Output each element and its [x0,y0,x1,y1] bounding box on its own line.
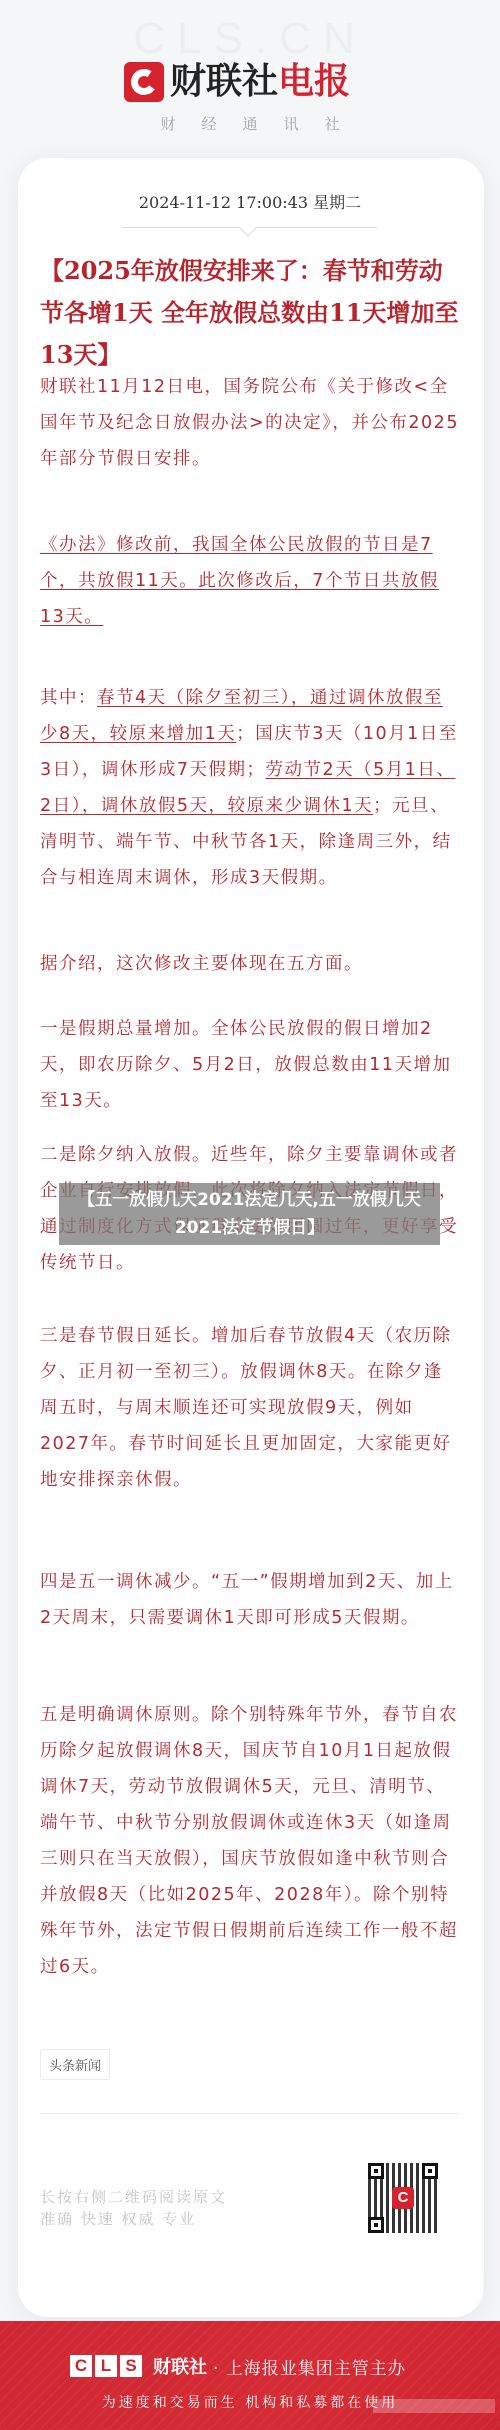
article-datetime: 2024-11-12 17:00:43 星期二 [0,190,500,213]
article-headline: 【2025年放假安排来了：春节和劳动节各增1天 全年放假总数由11天增加至13天… [40,250,460,376]
footer-owner: · 上海报业集团主管主办 [213,2354,406,2379]
paragraph-before-after: 《办法》修改前，我国全体公民放假的节日是7个，共放假11天。此次修改后，7个节日… [40,527,460,635]
paragraph-point-three: 三是春节假日延长。增加后春节放假4天（农历除夕、正月初一至初三）。放假调休8天。… [40,1318,460,1498]
card-divider [40,2113,460,2114]
image-caption-overlay: 【五一放假几天2021法定几天,五一放假几天2021法定节假日】 [59,1183,440,1245]
paragraph-point-five: 五是明确调休原则。除个别特殊年节外，春节自农历除夕起放假调休8天，国庆节自10月… [40,1697,460,1985]
footer-brand-row: C L S 财联社 · 上海报业集团主管主办 [70,2353,406,2379]
qr-cls-logo-icon: C [392,2187,414,2209]
cls-letter-l: L [95,2355,117,2377]
details-prefix: 其中： [40,688,97,708]
footer-brand: 财联社 [153,2353,207,2379]
cls-letter-s: S [120,2355,142,2377]
cls-c-logo-icon [124,62,164,102]
qr-finder-icon [422,2163,438,2179]
cls-letter-c: C [70,2355,92,2377]
paragraph-point-one: 一是假期总量增加。全体公民放假的假日增加2天，即农历除夕、5月2日，放假总数由1… [40,1011,460,1119]
qr-instruction: 长按右侧二维码阅读原文 [40,2186,227,2207]
paragraph-details: 其中：春节4天（除夕至初三），通过调休放假至少8天，较原来增加1天；国庆节3天（… [40,680,460,896]
news-tag[interactable]: 头条新闻 [40,2049,110,2080]
paragraph-five-aspects: 据介绍，这次修改主要体现在五方面。 [40,946,460,982]
qr-tagline: 准确 快速 权威 专业 [40,2208,196,2229]
logo-subtitle: 财经通讯社 [0,113,500,134]
logo-telegraph-text: 电报 [278,60,350,104]
cls-watermark: CLS.CN [0,14,500,64]
logo-brand-text: 财联社 [170,60,278,104]
cls-logo: 财联社 电报 [124,60,350,104]
page-footer: C L S 财联社 · 上海报业集团主管主办 为速度和交易而生 机构和私募都在使… [0,2321,500,2430]
footer-watermark [373,2399,495,2413]
paragraph-intro: 财联社11月12日电，国务院公布《关于修改<全国年节及纪念日放假办法>的决定》，… [40,369,460,477]
qr-code[interactable]: C [368,2163,438,2233]
qr-finder-icon [368,2163,384,2179]
paragraph-point-four: 四是五一调休减少。“五一”假期增加到2天、加上2天周末，只需要调休1天即可形成5… [40,1564,460,1636]
qr-finder-icon [368,2217,384,2233]
